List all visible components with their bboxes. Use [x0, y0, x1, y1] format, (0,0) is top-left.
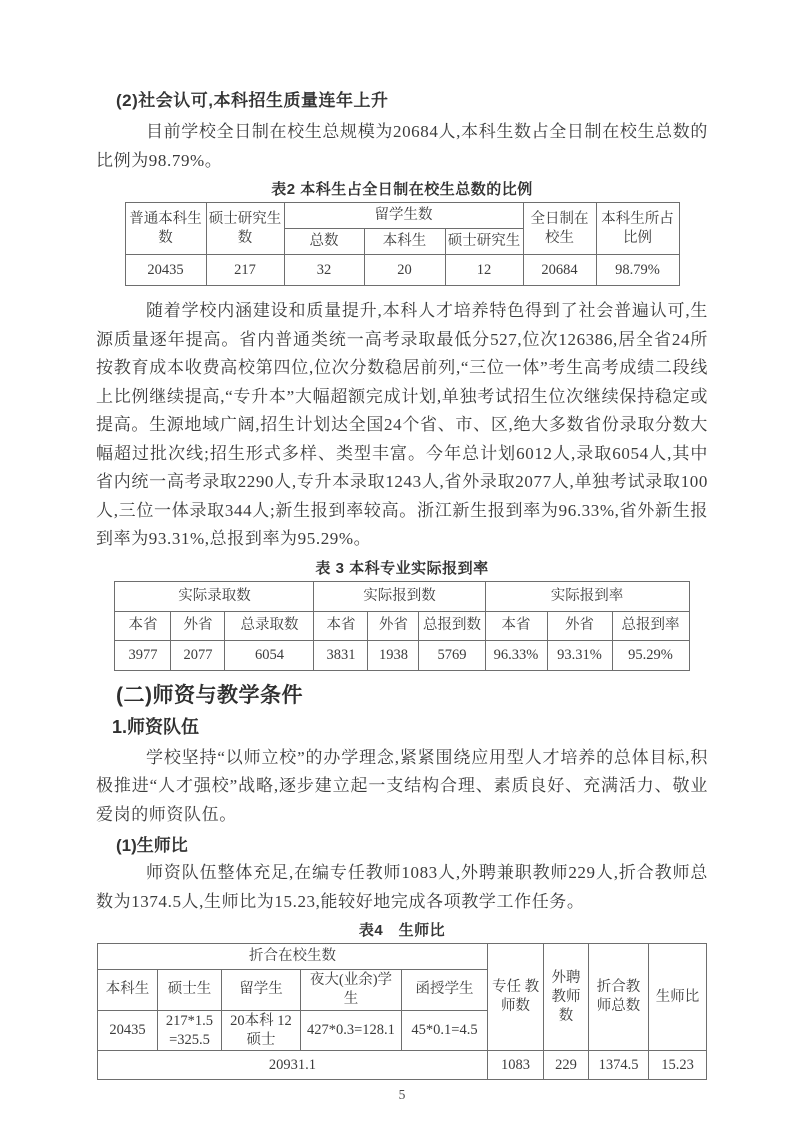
- value-cell: 20435: [125, 255, 206, 286]
- value-cell: 96.33%: [485, 640, 547, 670]
- header-cell: 本省: [485, 611, 547, 640]
- header-cell: 本科生: [97, 970, 157, 1011]
- table-row: 3977 2077 6054 3831 1938 5769 96.33% 93.…: [115, 640, 689, 670]
- value-cell: 1374.5: [589, 1051, 649, 1080]
- table-registration-rate: 实际录取数 实际报到数 实际报到率 本省 外省 总录取数 本省 外省 总报到数 …: [114, 581, 689, 671]
- value-cell: 1938: [368, 640, 419, 670]
- header-cell: 本科生: [364, 229, 445, 255]
- header-cell: 本省: [115, 611, 171, 640]
- value-cell: 93.31%: [547, 640, 612, 670]
- value-cell: 32: [284, 255, 364, 286]
- value-cell: 6054: [225, 640, 314, 670]
- header-cell: 夜大(业余)学生: [300, 970, 401, 1011]
- header-cell: 留学生: [221, 970, 300, 1011]
- value-cell: 3977: [115, 640, 171, 670]
- value-cell: 2077: [171, 640, 225, 670]
- header-cell: 总报到率: [612, 611, 689, 640]
- value-cell: 95.29%: [612, 640, 689, 670]
- value-cell: 15.23: [649, 1051, 707, 1080]
- paragraph-enrollment-quality: 随着学校内涵建设和质量提升,本科人才培养特色得到了社会普遍认可,生源质量逐年提高…: [96, 297, 708, 554]
- table4-caption: 表4 生师比: [96, 919, 708, 940]
- header-cell: 外省: [368, 611, 419, 640]
- table-student-teacher-ratio: 折合在校生数 专任 教师数 外聘 教师 数 折合教 师总数 生师比 本科生 硕士…: [97, 943, 707, 1080]
- table-row: 20931.1 1083 229 1374.5 15.23: [97, 1051, 706, 1080]
- value-cell: 1083: [488, 1051, 544, 1080]
- header-cell: 外聘 教师 数: [544, 944, 589, 1051]
- header-cell: 折合在校生数: [97, 944, 487, 970]
- value-cell: 98.79%: [596, 255, 679, 286]
- header-cell: 本科生所占比例: [596, 203, 679, 255]
- value-cell: 20本科 12硕士: [221, 1010, 300, 1051]
- header-cell: 实际报到数: [314, 581, 485, 611]
- header-cell: 实际录取数: [115, 581, 314, 611]
- header-cell: 全日制在校生: [523, 203, 596, 255]
- header-cell: 实际报到率: [485, 581, 689, 611]
- header-cell: 函授学生: [401, 970, 487, 1011]
- header-cell: 外省: [547, 611, 612, 640]
- header-cell: 留学生数: [284, 203, 523, 229]
- header-cell: 生师比: [649, 944, 707, 1051]
- document-page: (2)社会认可,本科招生质量连年上升 目前学校全日制在校生总规模为20684人,…: [0, 0, 800, 1139]
- heading-faculty-team: 1.师资队伍: [112, 713, 708, 739]
- header-cell: 硕士生: [157, 970, 221, 1011]
- page-number: 5: [96, 1087, 708, 1103]
- value-cell: 20: [364, 255, 445, 286]
- heading-social-recognition: (2)社会认可,本科招生质量连年上升: [116, 86, 708, 111]
- heading-section-faculty-conditions: (二)师资与教学条件: [116, 679, 708, 709]
- header-cell: 外省: [171, 611, 225, 640]
- table2-caption: 表2 本科生占全日制在校生总数的比例: [96, 178, 708, 199]
- header-cell: 总录取数: [225, 611, 314, 640]
- value-cell: 3831: [314, 640, 368, 670]
- heading-student-teacher-ratio: (1)生师比: [116, 831, 708, 856]
- value-cell: 5769: [419, 640, 485, 670]
- value-cell: 20684: [523, 255, 596, 286]
- header-cell: 硕士研究生数: [206, 203, 284, 255]
- value-cell: 12: [445, 255, 523, 286]
- value-cell: 45*0.1=4.5: [401, 1010, 487, 1051]
- header-cell: 本省: [314, 611, 368, 640]
- value-cell: 217: [206, 255, 284, 286]
- paragraph-enrollment-scale: 目前学校全日制在校生总规模为20684人,本科生数占全日制在校生总数的比例为98…: [96, 118, 708, 175]
- header-cell: 总数: [284, 229, 364, 255]
- table-row: 20435 217 32 20 12 20684 98.79%: [125, 255, 679, 286]
- paragraph-faculty-strategy: 学校坚持“以师立校”的办学理念,紧紧围绕应用型人才培养的总体目标,积极推进“人才…: [96, 744, 708, 830]
- header-cell: 折合教 师总数: [589, 944, 649, 1051]
- header-cell: 总报到数: [419, 611, 485, 640]
- value-cell: 20435: [97, 1010, 157, 1051]
- value-cell: 229: [544, 1051, 589, 1080]
- page-content: (2)社会认可,本科招生质量连年上升 目前学校全日制在校生总规模为20684人,…: [96, 0, 708, 1103]
- table-undergrad-proportion: 普通本科生数 硕士研究生数 留学生数 全日制在校生 本科生所占比例 总数 本科生…: [125, 202, 680, 286]
- value-cell: 427*0.3=128.1: [300, 1010, 401, 1051]
- table3-caption: 表 3 本科专业实际报到率: [96, 557, 708, 578]
- header-cell: 专任 教师数: [488, 944, 544, 1051]
- header-cell: 普通本科生数: [125, 203, 206, 255]
- paragraph-teacher-numbers: 师资队伍整体充足,在编专任教师1083人,外聘兼职教师229人,折合教师总数为1…: [96, 859, 708, 916]
- total-cell: 20931.1: [97, 1051, 487, 1080]
- value-cell: 217*1.5 =325.5: [157, 1010, 221, 1051]
- header-cell: 硕士研究生: [445, 229, 523, 255]
